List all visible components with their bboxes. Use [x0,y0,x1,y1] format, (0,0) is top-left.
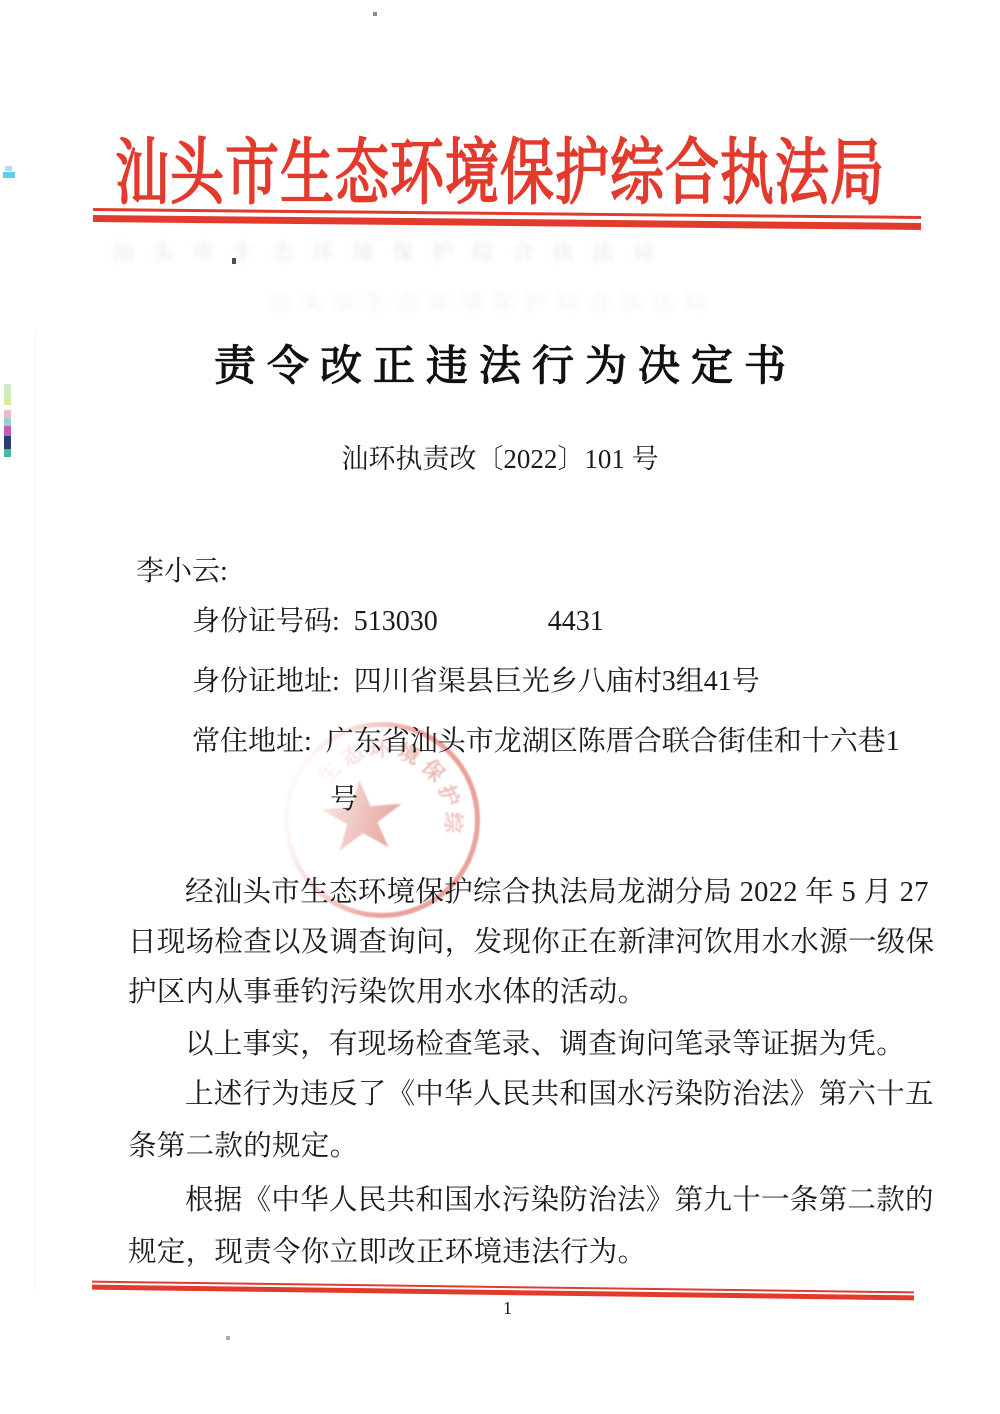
scan-speck [373,12,377,16]
recipient-name: 李小云: [136,549,228,589]
bleed-through-text: 汕头市生态环境保护综合执法局 [112,236,752,267]
id-address-row: 身份证地址:四川省渠县巨光乡八庙村3组41号 [192,659,760,699]
body-line: 规定，现责令你立即改正环境违法行为。 [128,1229,646,1270]
id-number-row: 身份证号码:5130304431 [192,599,604,639]
id-number-prefix: 513030 [354,606,438,637]
residence-address-label: 常住地址: [192,726,312,757]
bleed-through-text: 汕头市生态环境保护综合执法局 [268,286,708,317]
body-line: 根据《中华人民共和国水污染防治法》第九十一条第二款的 [185,1177,934,1218]
scanned-document-page: 汕头市生态环境保护综合执法局 汕头市生态环境保护综合执法局 汕头市生态环境保护综… [0,0,1000,1414]
residence-address-continuation: 号 [330,777,358,817]
scan-speck [226,1336,230,1340]
document-title: 责令改正违法行为决定书 [0,333,1000,393]
id-number-suffix: 4431 [548,606,604,637]
body-line: 以上事实，有现场检查笔录、调查询问笔录等证据为凭。 [185,1021,905,1062]
id-number-label: 身份证号码: [192,606,340,637]
letterhead-agency-name: 汕头市生态环境保护综合执法局 [0,116,1000,219]
body-line: 护区内从事垂钓污染饮用水水体的活动。 [128,969,646,1010]
id-address-label: 身份证地址: [192,666,340,697]
page-number: 1 [503,1298,512,1319]
id-address-value: 四川省渠县巨光乡八庙村3组41号 [354,666,760,697]
body-line: 经汕头市生态环境保护综合执法局龙湖分局 2022 年 5 月 27 [185,869,929,910]
seal-arc-character: 护 [432,780,467,810]
body-line: 日现场检查以及调查询问，发现你正在新津河饮用水水源一级保 [128,919,934,960]
document-number: 汕环执责改〔2022〕101 号 [0,437,1000,476]
seal-arc-character: 综 [439,811,470,833]
body-line: 上述行为违反了《中华人民共和国水污染防治法》第六十五 [185,1071,934,1112]
body-line: 条第二款的规定。 [128,1123,358,1164]
residence-address-row: 常住地址:广东省汕头市龙湖区陈厝合联合街佳和十六巷1 [192,719,900,759]
residence-address-value: 广东省汕头市龙湖区陈厝合联合街佳和十六巷1 [326,726,900,757]
